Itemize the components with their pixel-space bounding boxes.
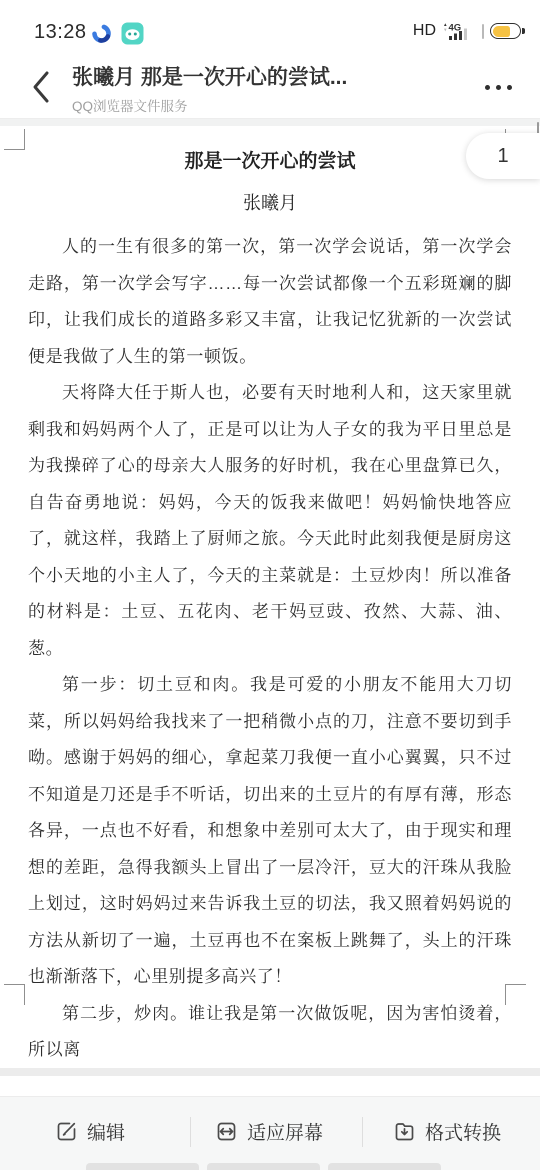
header-titles: 张曦月 那是一次开心的尝试... QQ浏览器文件服务	[72, 61, 432, 115]
notification-icons	[90, 22, 144, 45]
fit-screen-button[interactable]: 适应屏幕	[215, 1109, 323, 1153]
essay-body: 人的一生有很多的第一次，第一次学会说话，第一次学会走路，第一次学会写字……每一次…	[28, 229, 512, 1069]
essay-title: 那是一次开心的尝试	[28, 148, 512, 175]
format-convert-icon	[393, 1120, 416, 1143]
document-content: 那是一次开心的尝试 张曦月 人的一生有很多的第一次，第一次学会说话，第一次学会走…	[28, 126, 512, 1069]
format-convert-label: 格式转换	[425, 1118, 501, 1145]
page-number-badge: 1	[466, 133, 540, 179]
peek-button[interactable]	[328, 1163, 441, 1170]
teal-app-notification-icon	[121, 22, 144, 45]
paragraph: 第二步，炒肉。谁让我是第一次做饭呢，因为害怕烫着，所以离	[28, 996, 512, 1069]
status-indicators: HD 4G	[413, 20, 526, 42]
hidden-actions-peek	[0, 1163, 540, 1170]
fit-screen-label: 适应屏幕	[247, 1118, 323, 1145]
dot	[485, 85, 490, 90]
toolbar-divider	[190, 1117, 191, 1147]
hd-indicator: HD	[413, 22, 436, 40]
phone-screen: 13:28 HD	[0, 0, 540, 1170]
essay-author: 张曦月	[28, 191, 512, 216]
sim2-signal-icon	[482, 24, 484, 39]
paragraph: 人的一生有很多的第一次，第一次学会说话，第一次学会走路，第一次学会写字……每一次…	[28, 229, 512, 375]
dot	[507, 85, 512, 90]
file-title: 张曦月 那是一次开心的尝试...	[72, 61, 432, 91]
back-button[interactable]	[22, 67, 60, 107]
edit-pencil-icon	[55, 1120, 78, 1143]
page-bottom-gap	[0, 1068, 540, 1076]
app-header: 张曦月 那是一次开心的尝试... QQ浏览器文件服务	[0, 55, 540, 119]
page-number: 1	[497, 145, 508, 168]
edit-label: 编辑	[87, 1118, 125, 1145]
toolbar-divider	[362, 1117, 363, 1147]
more-menu-button[interactable]	[485, 77, 512, 97]
peek-button[interactable]	[207, 1163, 320, 1170]
page-corner-mark	[4, 984, 25, 1005]
page-corner-mark	[4, 129, 25, 150]
network-4g-signal-icon: 4G	[442, 20, 476, 42]
header-gap	[0, 119, 540, 126]
document-viewer[interactable]: 1 那是一次开心的尝试 张曦月 人的一生有很多的第一次，第一次学会说话，第一次学…	[0, 126, 540, 1068]
file-source-subtitle: QQ浏览器文件服务	[72, 95, 432, 115]
peek-button[interactable]	[86, 1163, 199, 1170]
battery-icon	[490, 23, 521, 39]
format-convert-button[interactable]: 格式转换	[393, 1109, 501, 1153]
bottom-bar: 编辑 适应屏幕 格式转换	[0, 1076, 540, 1170]
clock: 13:28	[34, 21, 87, 44]
status-bar: 13:28 HD	[0, 0, 540, 55]
chevron-left-icon	[31, 70, 51, 104]
dot	[496, 85, 501, 90]
paragraph: 第一步：切土豆和肉。我是可爱的小朋友不能用大刀切菜，所以妈妈给我找来了一把稍微小…	[28, 667, 512, 996]
edit-button[interactable]: 编辑	[55, 1109, 125, 1153]
bottom-toolbar: 编辑 适应屏幕 格式转换	[0, 1096, 540, 1170]
fit-screen-icon	[215, 1120, 238, 1143]
paragraph: 天将降大任于斯人也，必要有天时地利人和，这天家里就剩我和妈妈两个人了，正是可以让…	[28, 375, 512, 667]
browser-notification-icon	[90, 22, 113, 45]
